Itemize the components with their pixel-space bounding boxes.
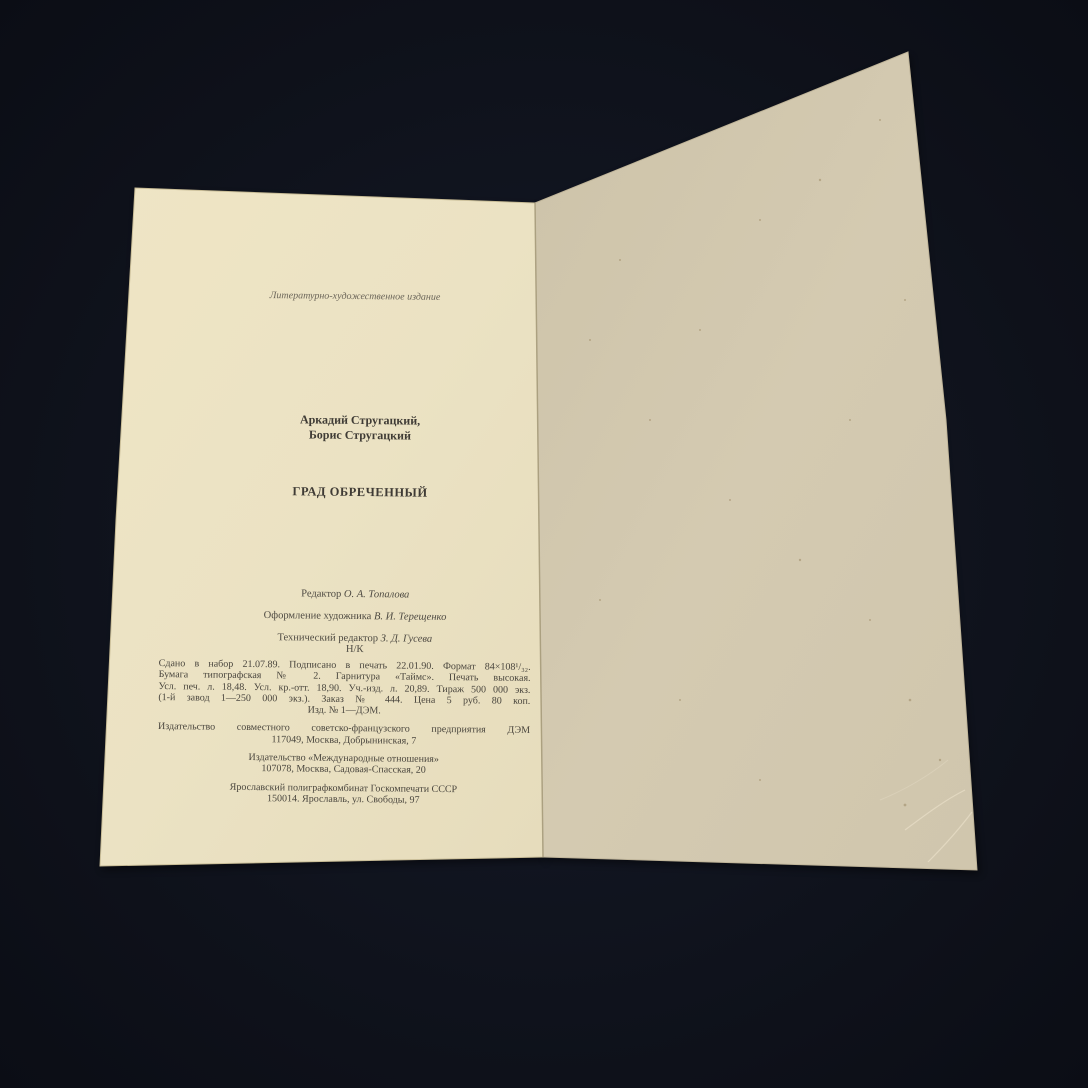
credits-block: Редактор О. А. Топалова Оформление худож… (225, 583, 486, 657)
credit-artist: Оформление художника В. И. Терещенко (225, 605, 485, 630)
photo-scene: Литературно-художественное издание Аркад… (0, 0, 1088, 1088)
open-book (0, 0, 1088, 1088)
imprint-block: Сдано в набор 21.07.89. Подписано в печа… (157, 658, 531, 807)
author-2: Борис Стругацкий (270, 427, 450, 444)
authors: Аркадий Стругацкий, Борис Стругацкий (270, 412, 450, 444)
inner-cover-page (535, 52, 977, 870)
book-title: ГРАД ОБРЕЧЕННЫЙ (265, 484, 455, 501)
credit-editor: Редактор О. А. Топалова (225, 583, 485, 608)
